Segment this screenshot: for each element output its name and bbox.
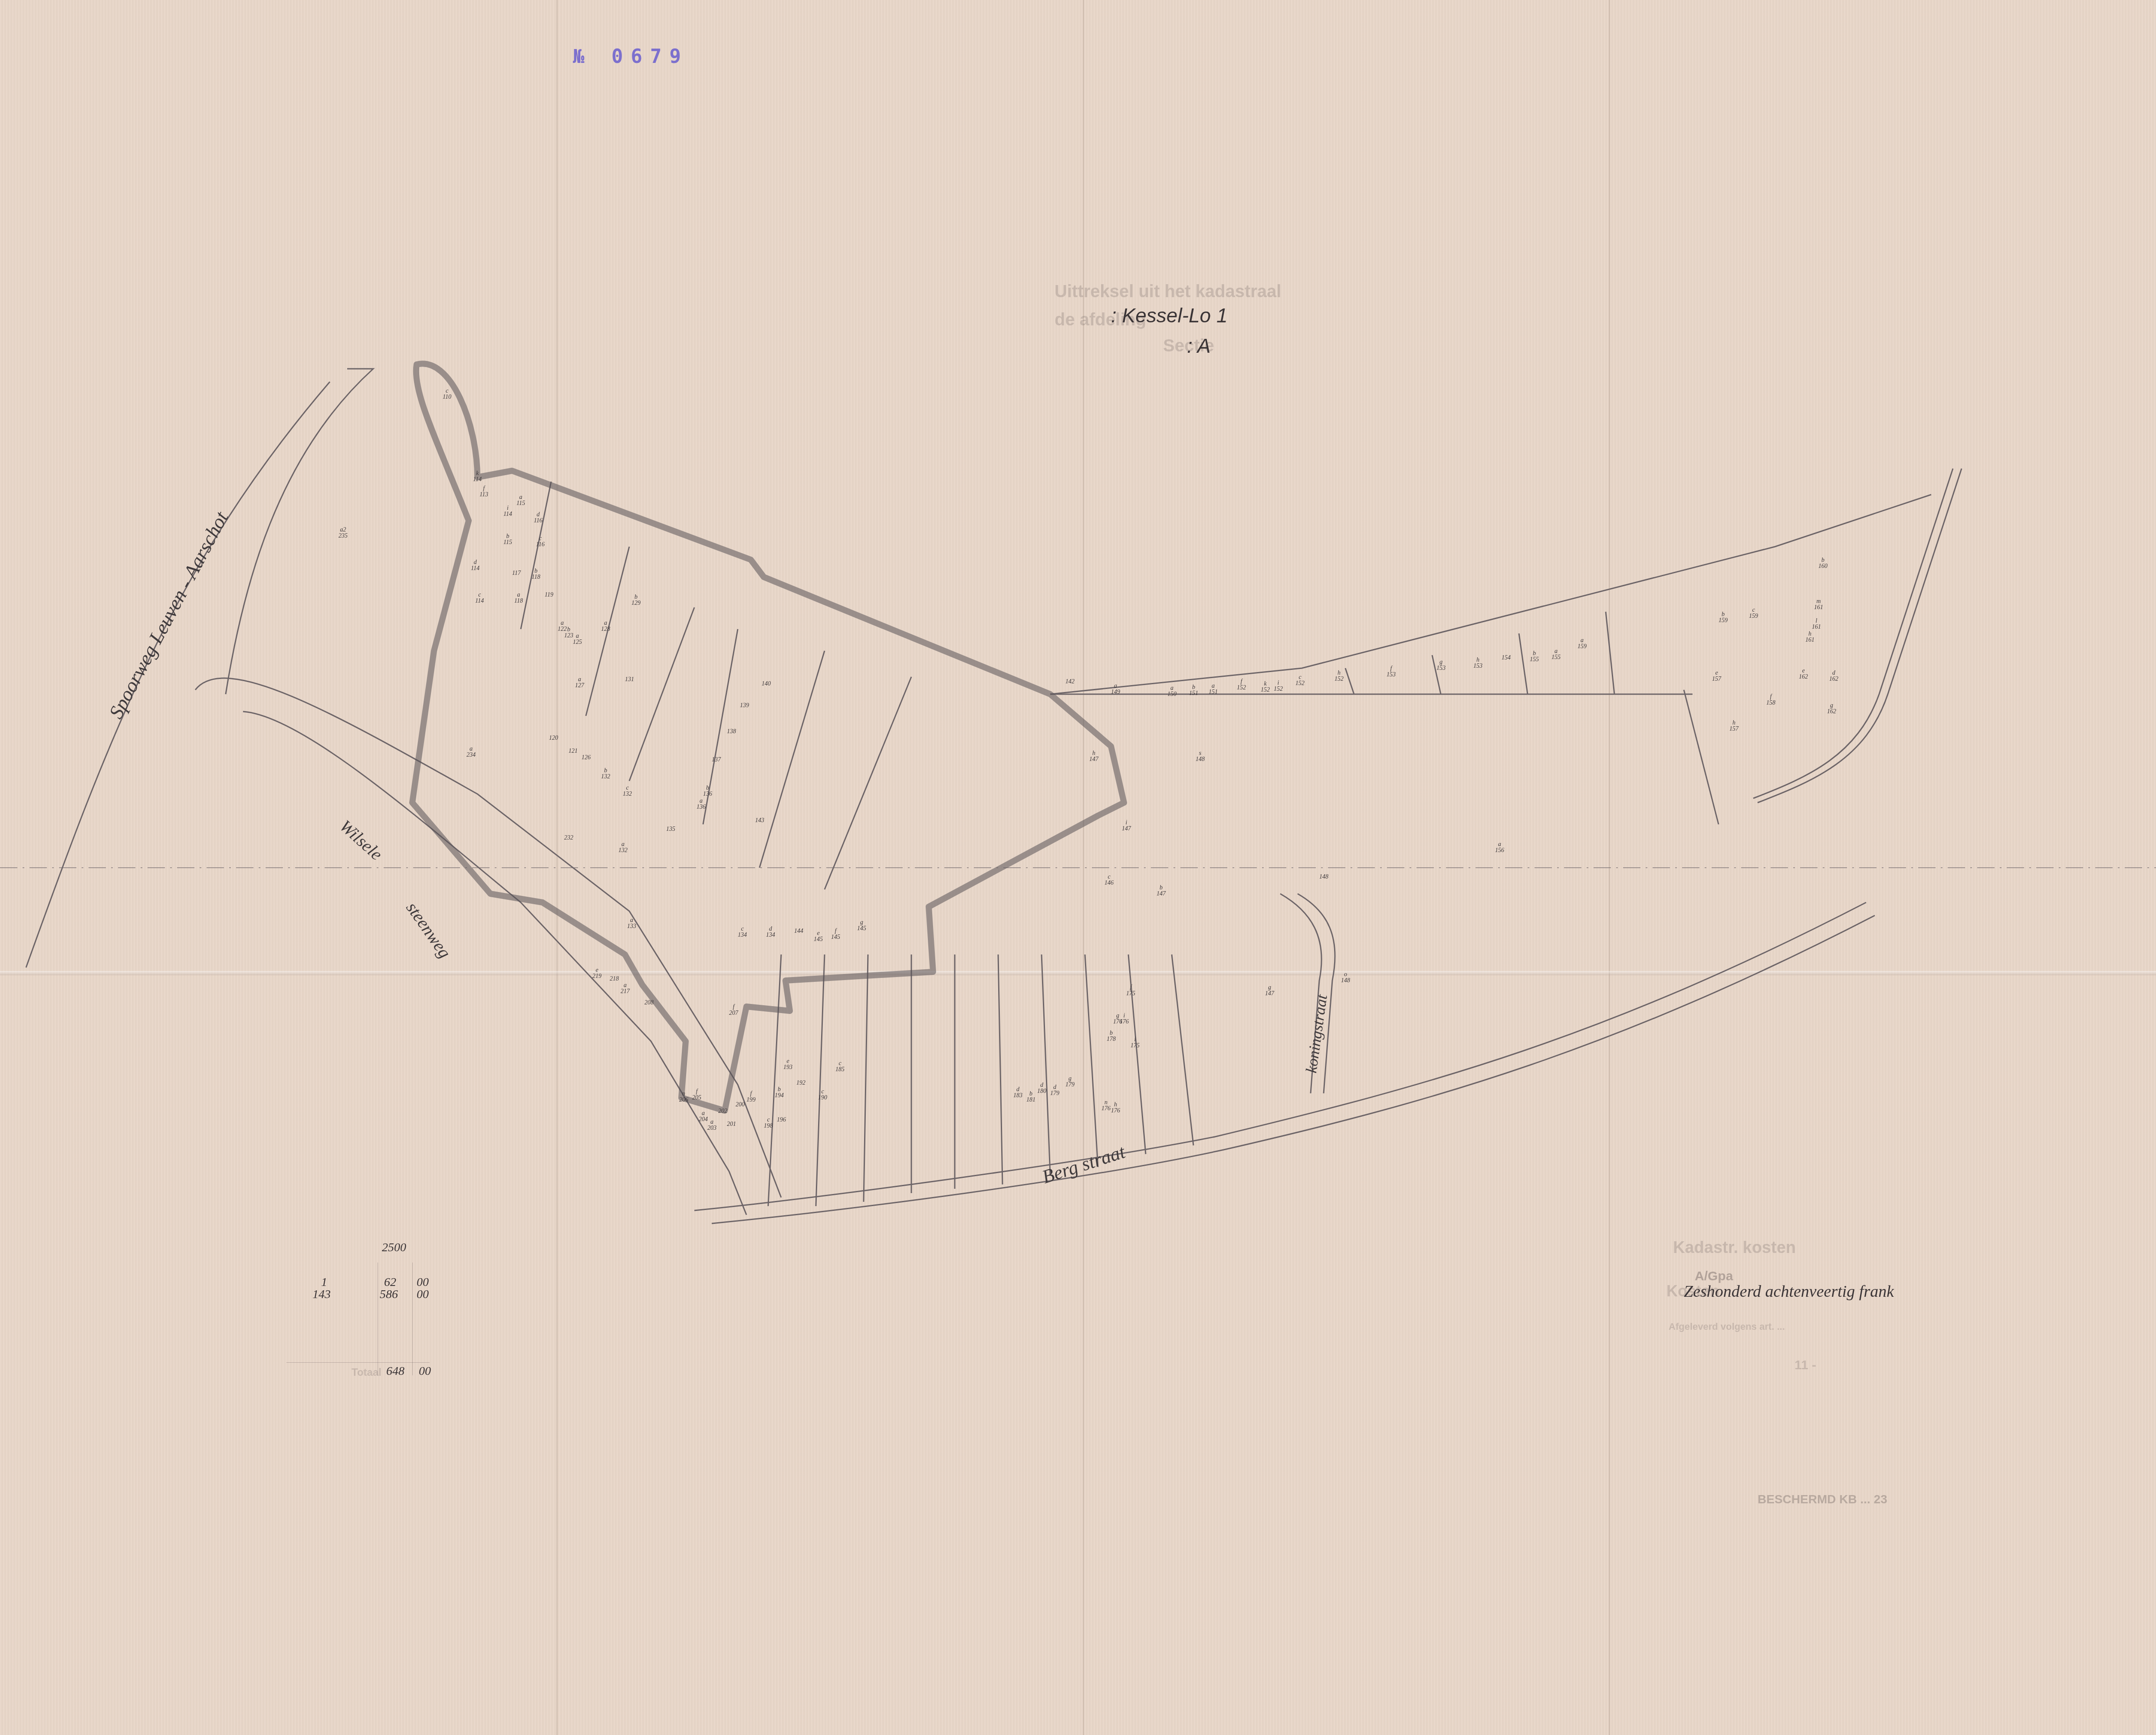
parcel-label: b160 (1818, 558, 1827, 570)
parcel-suffix: f (1766, 694, 1775, 700)
wilsele-steenweg-edge (195, 678, 781, 1197)
parcel-number: 203 (707, 1125, 716, 1132)
parcel-suffix: h (1729, 720, 1739, 726)
parcel-number: 208 (644, 1000, 654, 1006)
parcel-label: 232 (564, 835, 573, 841)
parcel-suffix: c (623, 785, 632, 791)
parcel-number: 159 (1719, 618, 1728, 624)
parcel-label: h147 (1089, 751, 1098, 763)
parcel-number: 234 (467, 752, 476, 758)
parcel-label: k152 (1261, 681, 1270, 693)
parcel-label: c190 (818, 1089, 827, 1101)
parcel-suffix: h (1089, 751, 1098, 757)
parcel-number: 185 (835, 1067, 845, 1073)
parcel-label: f207 (729, 1004, 738, 1017)
parcel-number: 148 (1341, 978, 1350, 984)
parcel-suffix: a (1209, 683, 1218, 689)
parcel-label: c146 (1104, 874, 1114, 886)
parcel-suffix: e (1712, 670, 1721, 676)
parcel-number: 147 (1089, 757, 1098, 763)
parcel-label: c185 (835, 1061, 845, 1073)
parcel-number: 150 (1167, 692, 1177, 698)
parcel-number: 147 (1265, 991, 1274, 997)
parcel-number: 176 (1111, 1108, 1120, 1114)
parcel-label: a203 (707, 1119, 716, 1132)
parcel-label: 126 (582, 755, 591, 761)
parcel-suffix: a (1111, 683, 1120, 689)
parcel-number: 118 (514, 598, 523, 604)
parcel-number: 196 (777, 1117, 786, 1123)
parcel-label: a133 (627, 918, 636, 930)
parcel-number: 142 (1065, 679, 1075, 685)
parcel-number: 192 (796, 1080, 805, 1086)
parcel-label: a2235 (339, 527, 348, 539)
parcel-suffix: d (1050, 1085, 1059, 1091)
area-table: 2500 1 62 00 143 586 00 Totaal 648 00 (286, 1241, 443, 1380)
parcel-label: a132 (618, 842, 628, 854)
parcel-label: g179 (1065, 1076, 1075, 1088)
parcel-suffix: a (516, 495, 525, 501)
parcel-number: 217 (621, 989, 630, 995)
railway-line (26, 382, 330, 968)
parcel-suffix: a (699, 1111, 708, 1117)
parcel-number: 152 (1274, 686, 1283, 692)
parcel-label: c110 (443, 388, 451, 400)
parcel-suffix: c (1295, 675, 1305, 681)
parcel-label: k114 (473, 471, 482, 483)
area-boundary (412, 364, 1124, 1111)
parcel-number: 134 (738, 932, 747, 938)
parcel-number: 132 (618, 848, 628, 854)
parcel-number: 154 (1502, 655, 1511, 661)
parcel-label: g162 (1827, 703, 1836, 715)
parcel-suffix: f (1237, 679, 1246, 685)
parcel-label: d183 (1013, 1087, 1022, 1099)
parcel-label: 131 (625, 677, 634, 683)
parcel-suffix: h (1805, 631, 1814, 637)
parcel-number: 131 (625, 677, 634, 683)
parcel-label: i114 (503, 505, 512, 518)
parcel-label: a156 (1495, 842, 1504, 854)
parcel-suffix: h (1473, 657, 1482, 663)
parcel-number: 113 (480, 492, 488, 498)
parcel-number: 135 (666, 827, 675, 833)
parcel-label: b181 (1026, 1091, 1035, 1103)
parcel-suffix: a (707, 1119, 716, 1125)
cost-initials: A/Gpa (1695, 1269, 1733, 1284)
parcel-label: a118 (514, 592, 523, 604)
parcel-number: 132 (623, 791, 632, 797)
parcel-label: 139 (740, 703, 749, 709)
cost-faint-header: Kadastr. kosten (1673, 1239, 1796, 1257)
parcel-suffix: e (814, 931, 823, 937)
parcel-suffix: m (1814, 599, 1823, 605)
total-area: 648 (386, 1364, 404, 1378)
parcel-number: 129 (631, 600, 641, 607)
parcel-number: 158 (1766, 700, 1775, 706)
table-rule (378, 1263, 378, 1375)
parcel-suffix: a2 (339, 527, 348, 533)
parcel-label: 200 (736, 1102, 745, 1108)
parcel-number: 155 (1551, 655, 1561, 661)
parcel-label: g153 (1436, 659, 1446, 672)
parcel-label: 154 (1502, 655, 1511, 661)
parcel-suffix: g (1265, 985, 1274, 991)
parcel-label: l161 (1812, 618, 1821, 630)
parcel-label: s148 (1196, 751, 1205, 763)
parcel-suffix: a (467, 746, 476, 752)
parcel-number: 183 (1013, 1093, 1022, 1099)
parcel-number: 115 (503, 540, 512, 546)
parcel-number: 162 (1829, 676, 1838, 682)
parcel-number: 110 (443, 394, 451, 400)
table-rule (286, 1362, 430, 1363)
parcel-suffix: c (475, 592, 484, 598)
parcel-label: 142 (1065, 679, 1075, 685)
parcel-label: 121 (569, 748, 578, 754)
parcel-label: g145 (857, 920, 866, 932)
parcel-suffix: a (1551, 649, 1561, 655)
parcel-number: 153 (1387, 672, 1396, 678)
parcel-number: 161 (1805, 637, 1814, 643)
parcel-suffix: k (473, 471, 482, 477)
parcel-suffix: b (775, 1087, 784, 1093)
parcel-label: 135 (666, 827, 675, 833)
parcel-number: 153 (1473, 663, 1482, 669)
parcel-suffix: n (679, 1091, 688, 1097)
table-rule (412, 1263, 413, 1375)
parcel-label: f153 (1387, 666, 1396, 678)
parcel-suffix: e (592, 968, 601, 974)
parcel-label: a150 (1167, 685, 1177, 698)
parcel-number: 148 (1196, 757, 1205, 763)
parcel-label: a234 (467, 746, 476, 758)
parcel-suffix: b (1530, 651, 1539, 657)
parcel-number: 235 (339, 533, 348, 539)
parcel-number: 179 (1065, 1082, 1075, 1088)
parcel-label: b151 (1189, 685, 1198, 697)
parcel-label: 192 (796, 1080, 805, 1086)
parcel-label: d114 (471, 560, 480, 572)
parcel-label: a155 (1551, 649, 1561, 661)
parcel-number: 160 (1818, 564, 1827, 570)
parcel-label: a115 (516, 495, 525, 507)
parcel-label: e193 (783, 1059, 792, 1071)
parcel-suffix: a (1578, 638, 1587, 644)
parcel-number: 136 (697, 804, 706, 810)
parcel-number: 179 (1050, 1091, 1059, 1097)
parcel-label: f152 (1237, 679, 1246, 691)
scale-value: 2500 (382, 1241, 406, 1255)
parcel-number: 201 (727, 1122, 736, 1128)
parcel-suffix: h (1334, 670, 1344, 676)
footer-faint-stamp: BESCHERMD KB ... 23 (1758, 1492, 1887, 1506)
parcel-number: 114 (503, 512, 512, 518)
parcel-suffix: a (697, 798, 706, 804)
parcel-suffix: c (1104, 874, 1114, 880)
parcel-number: 202 (718, 1109, 727, 1115)
parcel-number: 139 (740, 703, 749, 709)
parcel-label: a149 (1111, 683, 1120, 695)
parcel-label: n206 (679, 1091, 688, 1103)
parcel-suffix: f (729, 1004, 738, 1010)
parcel-label: b155 (1530, 651, 1539, 663)
parcel-number: 175 (1126, 991, 1135, 997)
parcel-number: 147 (1122, 826, 1131, 832)
parcel-suffix: b (1719, 612, 1728, 618)
parcel-label: 138 (727, 729, 736, 735)
parcel-label: 218 (610, 976, 619, 982)
parcel-label: f199 (746, 1091, 756, 1103)
parcel-number: 151 (1189, 691, 1198, 697)
parcel-number: 132 (601, 774, 610, 780)
parcel-number: 145 (814, 937, 823, 943)
parcel-suffix: s (1196, 751, 1205, 757)
parcel-label: h152 (1334, 670, 1344, 682)
parcel-suffix: k (1261, 681, 1270, 687)
parcel-label: b132 (601, 768, 610, 780)
parcel-suffix: g (1827, 703, 1836, 709)
parcel-number: 144 (794, 928, 803, 935)
parcel-suffix: d (766, 926, 775, 932)
parcel-suffix: d (1829, 670, 1838, 676)
parcel-number: 162 (1827, 709, 1836, 715)
parcel-number: 153 (1436, 666, 1446, 672)
parcel-number: 149 (1111, 689, 1120, 695)
parcel-label: c134 (738, 926, 747, 938)
total-cents: 00 (419, 1364, 431, 1378)
parcel-number: 161 (1812, 624, 1821, 630)
parcel-label: 117 (512, 571, 521, 577)
parcel-number: 116 (534, 518, 542, 524)
parcel-suffix: d (471, 560, 480, 566)
parcel-number: 134 (766, 932, 775, 938)
parcel-number: 198 (764, 1123, 773, 1129)
parcel-label: b159 (1719, 612, 1728, 624)
parcel-suffix: e (1799, 668, 1808, 674)
parcel-label: e219 (592, 968, 601, 980)
parcel-number: 219 (592, 974, 601, 980)
parcel-suffix: c (443, 388, 451, 394)
parcel-number: 128 (601, 626, 610, 633)
parcel-label: f113 (480, 486, 488, 498)
parcel-number: 161 (1814, 605, 1823, 611)
parcel-suffix: f (746, 1091, 756, 1097)
parcel-label: 140 (762, 681, 771, 687)
parcel-suffix: b (1818, 558, 1827, 564)
parcel-suffix: a (618, 842, 628, 848)
parcel-number: 218 (610, 976, 619, 982)
parcel-label: m161 (1814, 599, 1823, 611)
parcel-label: c116 (536, 536, 545, 548)
parcel-label: a125 (573, 633, 582, 646)
total-label: Totaal (352, 1367, 381, 1379)
parcel-label: a136 (697, 798, 706, 810)
parcel-number: 193 (783, 1065, 792, 1071)
parcel-number: 117 (512, 571, 521, 577)
parcel-suffix: i (1120, 1013, 1129, 1019)
parcel-label: 137 (712, 757, 721, 763)
parcel-label: d134 (766, 926, 775, 938)
table-row-cents: 00 (417, 1288, 429, 1302)
parcel-number: 151 (1209, 689, 1218, 695)
bergstraat-edge (694, 902, 1866, 1210)
parcel-label: h157 (1729, 720, 1739, 732)
parcel-suffix: e (783, 1059, 792, 1065)
parcel-number: 145 (857, 926, 866, 932)
parcel-number: 190 (818, 1095, 827, 1101)
parcel-label: 148 (1319, 874, 1328, 880)
parcel-label: f158 (1766, 694, 1775, 706)
parcel-suffix: a (558, 620, 567, 626)
parcel-label: 120 (549, 735, 558, 741)
parcel-label: 143 (755, 818, 764, 824)
parcel-number: 145 (831, 935, 840, 941)
parcel-suffix: f (1126, 985, 1135, 991)
parcel-number: 178 (1107, 1036, 1116, 1043)
parcel-label: f205 (692, 1089, 701, 1101)
parcel-label: c114 (475, 592, 484, 604)
parcel-suffix: i (503, 505, 512, 512)
parcel-number: 181 (1026, 1097, 1035, 1103)
parcel-label: i175 (1131, 1037, 1140, 1049)
parcel-number: 200 (736, 1102, 745, 1108)
map-linework (0, 0, 2156, 1735)
parcel-suffix: c (764, 1117, 773, 1123)
parcel-number: 157 (1729, 726, 1739, 732)
parcel-suffix: b (1157, 885, 1166, 891)
parcel-suffix: g (1065, 1076, 1075, 1082)
parcel-label: i152 (1274, 680, 1283, 692)
parcel-number: 140 (762, 681, 771, 687)
parcel-label: n176 (1101, 1100, 1111, 1112)
parcel-label: a127 (575, 677, 584, 689)
parcel-label: d162 (1829, 670, 1838, 682)
parcel-label: f175 (1126, 985, 1135, 997)
parcel-label: f145 (831, 928, 840, 941)
parcel-number: 157 (1712, 676, 1721, 682)
parcel-label: a128 (601, 620, 610, 633)
parcel-suffix: b (1026, 1091, 1035, 1097)
parcel-label: b147 (1157, 885, 1166, 897)
parcel-label: d179 (1050, 1085, 1059, 1097)
parcel-suffix: c (1749, 607, 1758, 613)
parcel-suffix: n (1101, 1100, 1111, 1106)
parcel-number: 114 (475, 598, 484, 604)
parcel-suffix: a (573, 633, 582, 640)
parcel-label: a151 (1209, 683, 1218, 695)
parcel-number: 137 (712, 757, 721, 763)
parcel-suffix: h (1111, 1102, 1120, 1108)
parcel-label: c159 (1749, 607, 1758, 620)
parcel-suffix: c (818, 1089, 827, 1095)
parcel-suffix: b (503, 534, 512, 540)
parcel-label: e157 (1712, 670, 1721, 682)
parcel-number: 120 (549, 735, 558, 741)
parcel-number: 152 (1237, 685, 1246, 691)
parcel-label: b194 (775, 1087, 784, 1099)
table-row-parcel: 143 (312, 1288, 331, 1302)
parcel-suffix: a (627, 918, 636, 924)
parcel-suffix: f (831, 928, 840, 935)
parcel-label: c152 (1295, 675, 1305, 687)
parcel-number: 159 (1749, 613, 1758, 620)
parcel-label: 119 (545, 592, 553, 598)
parcel-number: 176 (1101, 1106, 1111, 1112)
parcel-suffix: b (1189, 685, 1198, 691)
parcel-label: 208 (644, 1000, 654, 1006)
parcel-number: 121 (569, 748, 578, 754)
parcel-number: 133 (627, 924, 636, 930)
parcel-suffix: a (621, 983, 630, 989)
parcel-suffix: l (1812, 618, 1821, 624)
parcel-number: 176 (1120, 1019, 1129, 1025)
parcel-suffix: c (536, 536, 545, 542)
parcel-label: 201 (727, 1122, 736, 1128)
parcel-number: 114 (471, 566, 480, 572)
parcel-number: 159 (1578, 644, 1587, 650)
parcel-suffix: d (1037, 1082, 1046, 1089)
parcel-number: 147 (1157, 891, 1166, 897)
parcel-number: 148 (1319, 874, 1328, 880)
parcel-label: g147 (1265, 985, 1274, 997)
parcel-label: d116 (534, 512, 542, 524)
parcel-label: 196 (777, 1117, 786, 1123)
parcel-label: a159 (1578, 638, 1587, 650)
parcel-number: 118 (532, 574, 540, 581)
parcel-number: 205 (692, 1095, 701, 1101)
parcel-suffix: i (1131, 1037, 1140, 1043)
parcel-number: 125 (573, 640, 582, 646)
parcel-suffix: f (692, 1089, 701, 1095)
parcel-label: e145 (814, 931, 823, 943)
parcel-suffix: c (738, 926, 747, 932)
parcel-suffix: b (703, 785, 712, 791)
parcel-suffix: d (534, 512, 542, 518)
parcel-number: 138 (727, 729, 736, 735)
parcel-suffix: b (532, 568, 540, 574)
parcel-number: 180 (1037, 1089, 1046, 1095)
parcel-label: h176 (1111, 1102, 1120, 1114)
parcel-suffix: g (1436, 659, 1446, 666)
parcel-label: c198 (764, 1117, 773, 1129)
parcel-label: 144 (794, 928, 803, 935)
parcel-number: 136 (703, 791, 712, 797)
parcel-label: i147 (1122, 820, 1131, 832)
parcel-label: d180 (1037, 1082, 1046, 1095)
parcel-number: 155 (1530, 657, 1539, 663)
parcel-number: 199 (746, 1097, 756, 1103)
parcel-number: 116 (536, 542, 545, 548)
parcel-suffix: a (1167, 685, 1177, 692)
parcel-suffix: a (601, 620, 610, 626)
parcel-suffix: a (1495, 842, 1504, 848)
parcel-suffix: i (1122, 820, 1131, 826)
parcel-number: 156 (1495, 848, 1504, 854)
parcel-label: e162 (1799, 668, 1808, 680)
parcel-label: b123 (564, 627, 573, 639)
parcel-number: 206 (679, 1097, 688, 1103)
parcel-number: 115 (516, 501, 525, 507)
table-row-area: 586 (380, 1288, 398, 1302)
parcel-suffix: f (1387, 666, 1396, 672)
parcel-label: b115 (503, 534, 512, 546)
parcel-suffix: g (857, 920, 866, 926)
parcel-label: o148 (1341, 972, 1350, 984)
parcel-label: c132 (623, 785, 632, 797)
parcel-number: 152 (1295, 681, 1305, 687)
parcel-suffix: i (1274, 680, 1283, 686)
